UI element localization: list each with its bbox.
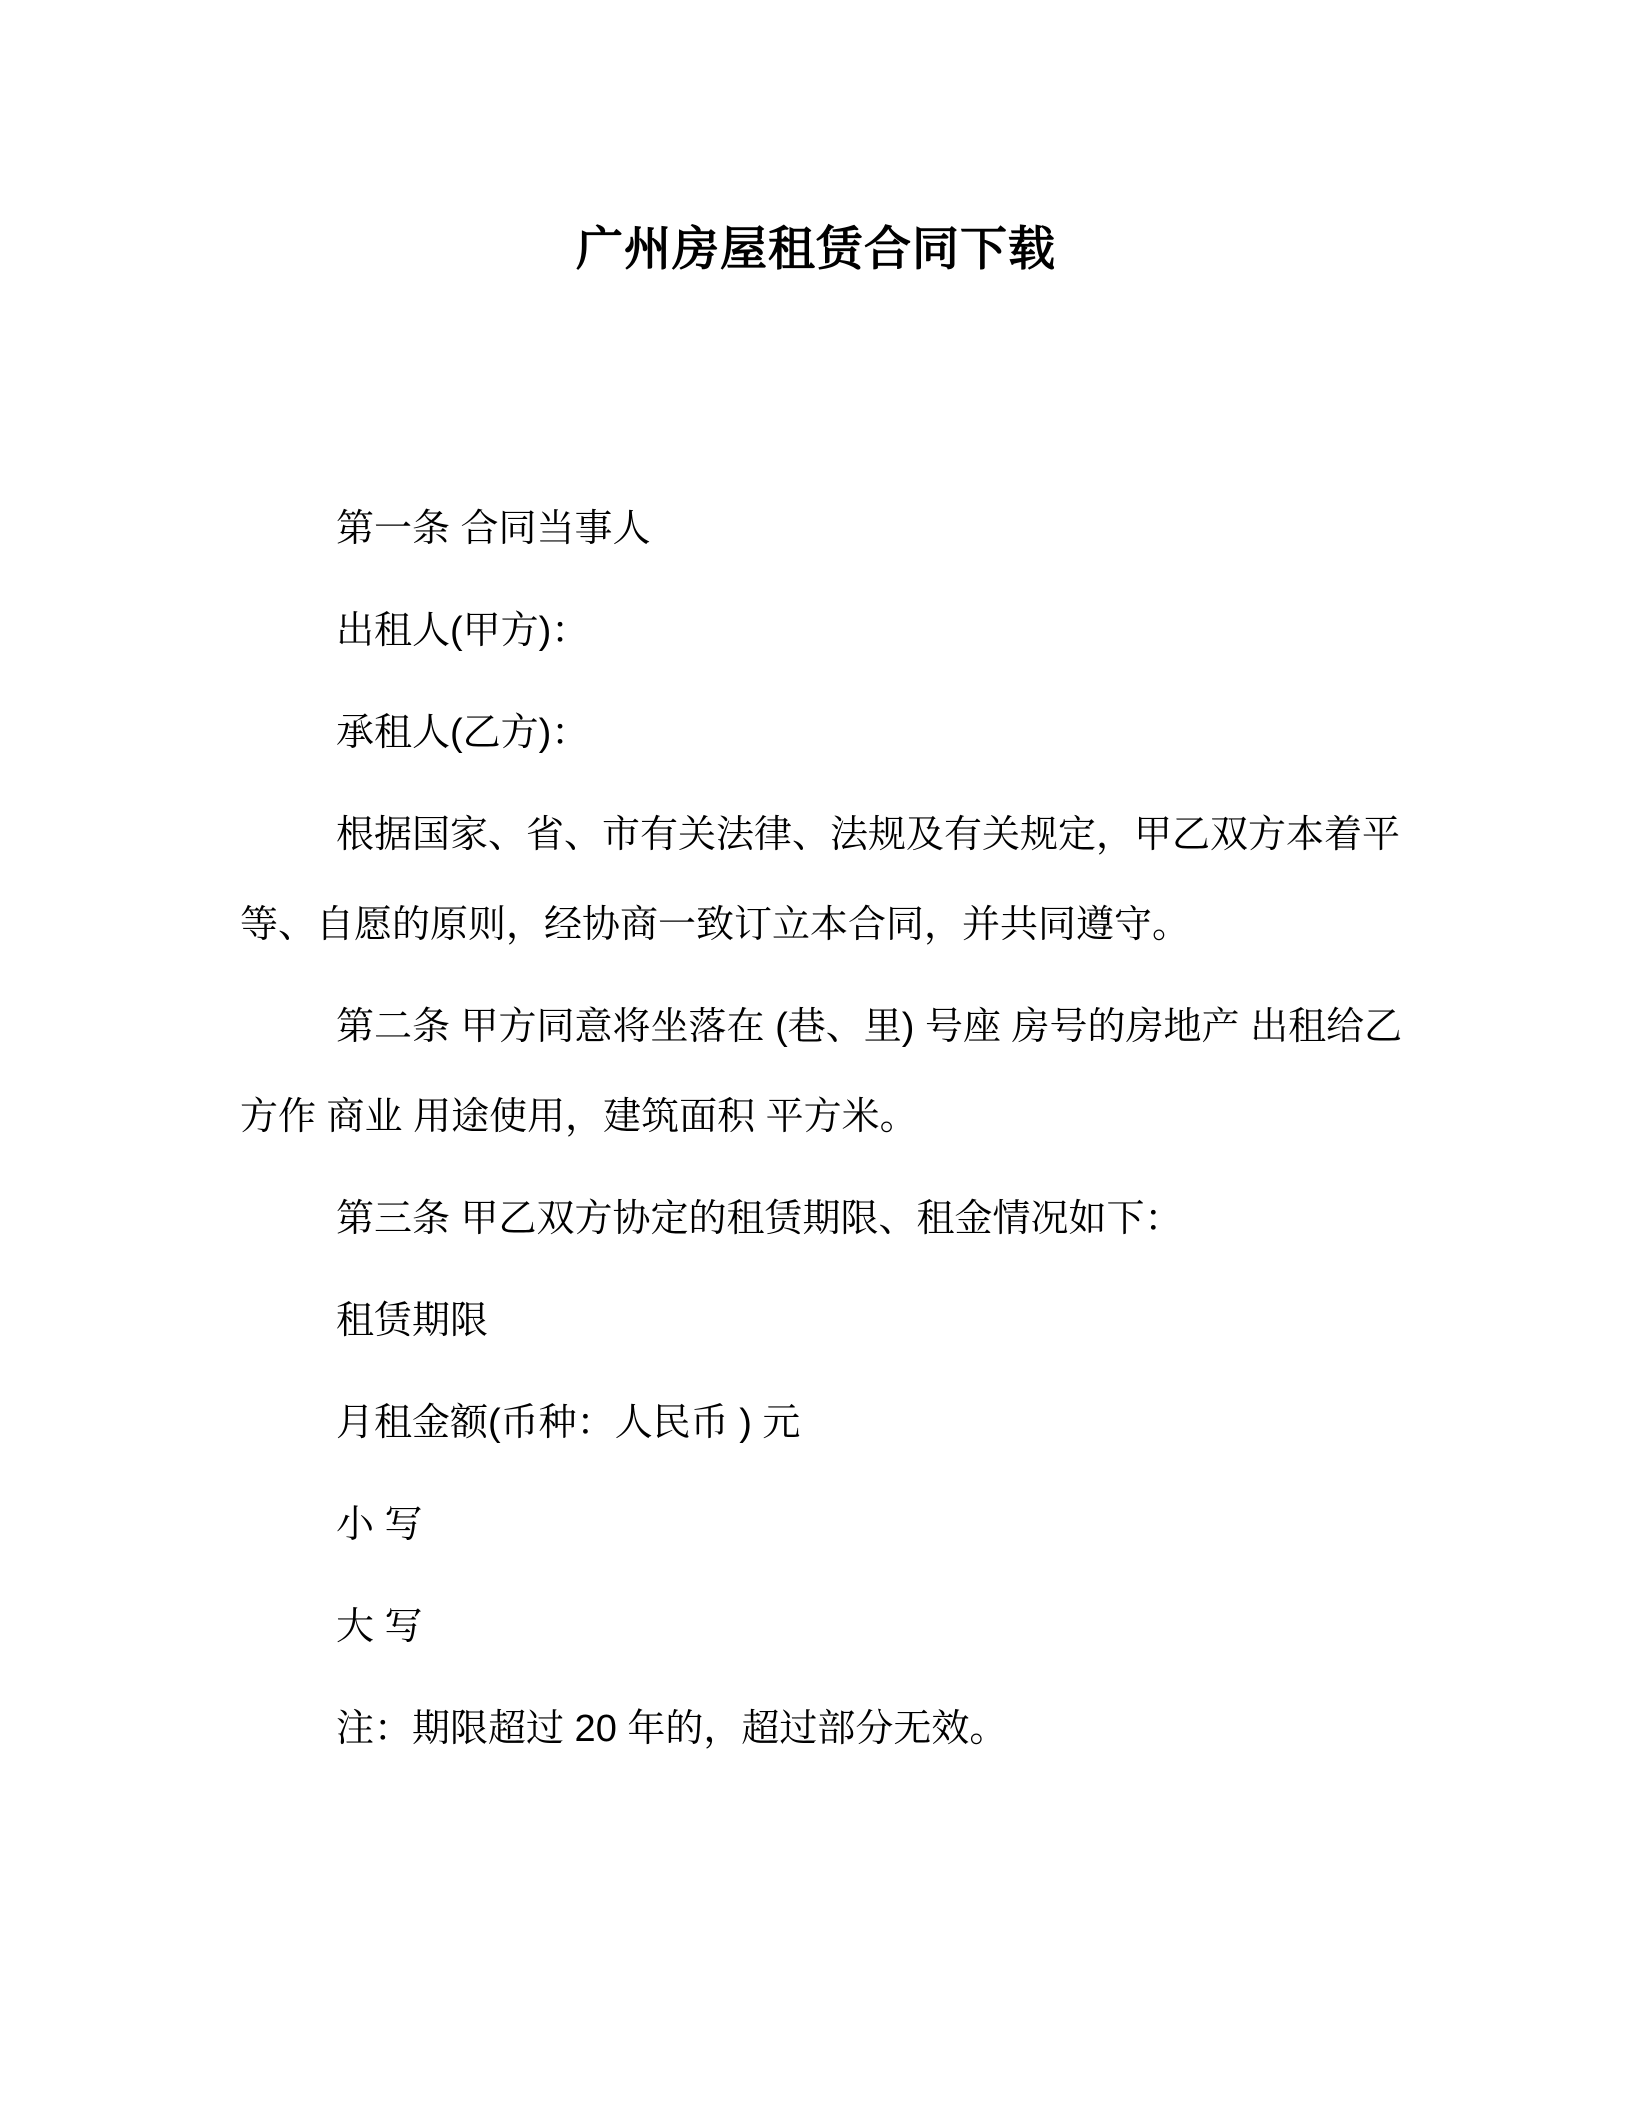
contract-page: 广州房屋租赁合同下载 第一条 合同当事人 出租人(甲方)： 承租人(乙方)： 根… xyxy=(0,0,1632,2112)
document-title: 广州房屋租赁合同下载 xyxy=(0,0,1632,286)
contract-line-amount-numeric: 小 写 xyxy=(240,1480,1460,1570)
contract-line-note: 注：期限超过 20 年的，超过部分无效。 xyxy=(240,1684,1460,1774)
contract-line-article-3: 第三条 甲乙双方协定的租赁期限、租金情况如下： xyxy=(240,1174,1460,1264)
contract-line-article-2-1: 第二条 甲方同意将坐落在 (巷、里) 号座 房号的房地产 出租给乙 xyxy=(240,982,1460,1072)
contract-line-preamble-2: 等、自愿的原则，经协商一致订立本合同，并共同遵守。 xyxy=(240,880,1460,970)
contract-line-article-2-2: 方作 商业 用途使用，建筑面积 平方米。 xyxy=(240,1072,1460,1162)
contract-line-lessor: 出租人(甲方)： xyxy=(240,586,1460,676)
contract-line-lease-term: 租赁期限 xyxy=(240,1276,1460,1366)
contract-line-lessee: 承租人(乙方)： xyxy=(240,688,1460,778)
contract-line-monthly-rent: 月租金额(币种：人民币 ) 元 xyxy=(240,1378,1460,1468)
document-body: 第一条 合同当事人 出租人(甲方)： 承租人(乙方)： 根据国家、省、市有关法律… xyxy=(240,484,1460,1774)
contract-line-preamble-1: 根据国家、省、市有关法律、法规及有关规定，甲乙双方本着平 xyxy=(240,790,1460,880)
contract-line-amount-words: 大 写 xyxy=(240,1582,1460,1672)
contract-line-article-1: 第一条 合同当事人 xyxy=(240,484,1460,574)
